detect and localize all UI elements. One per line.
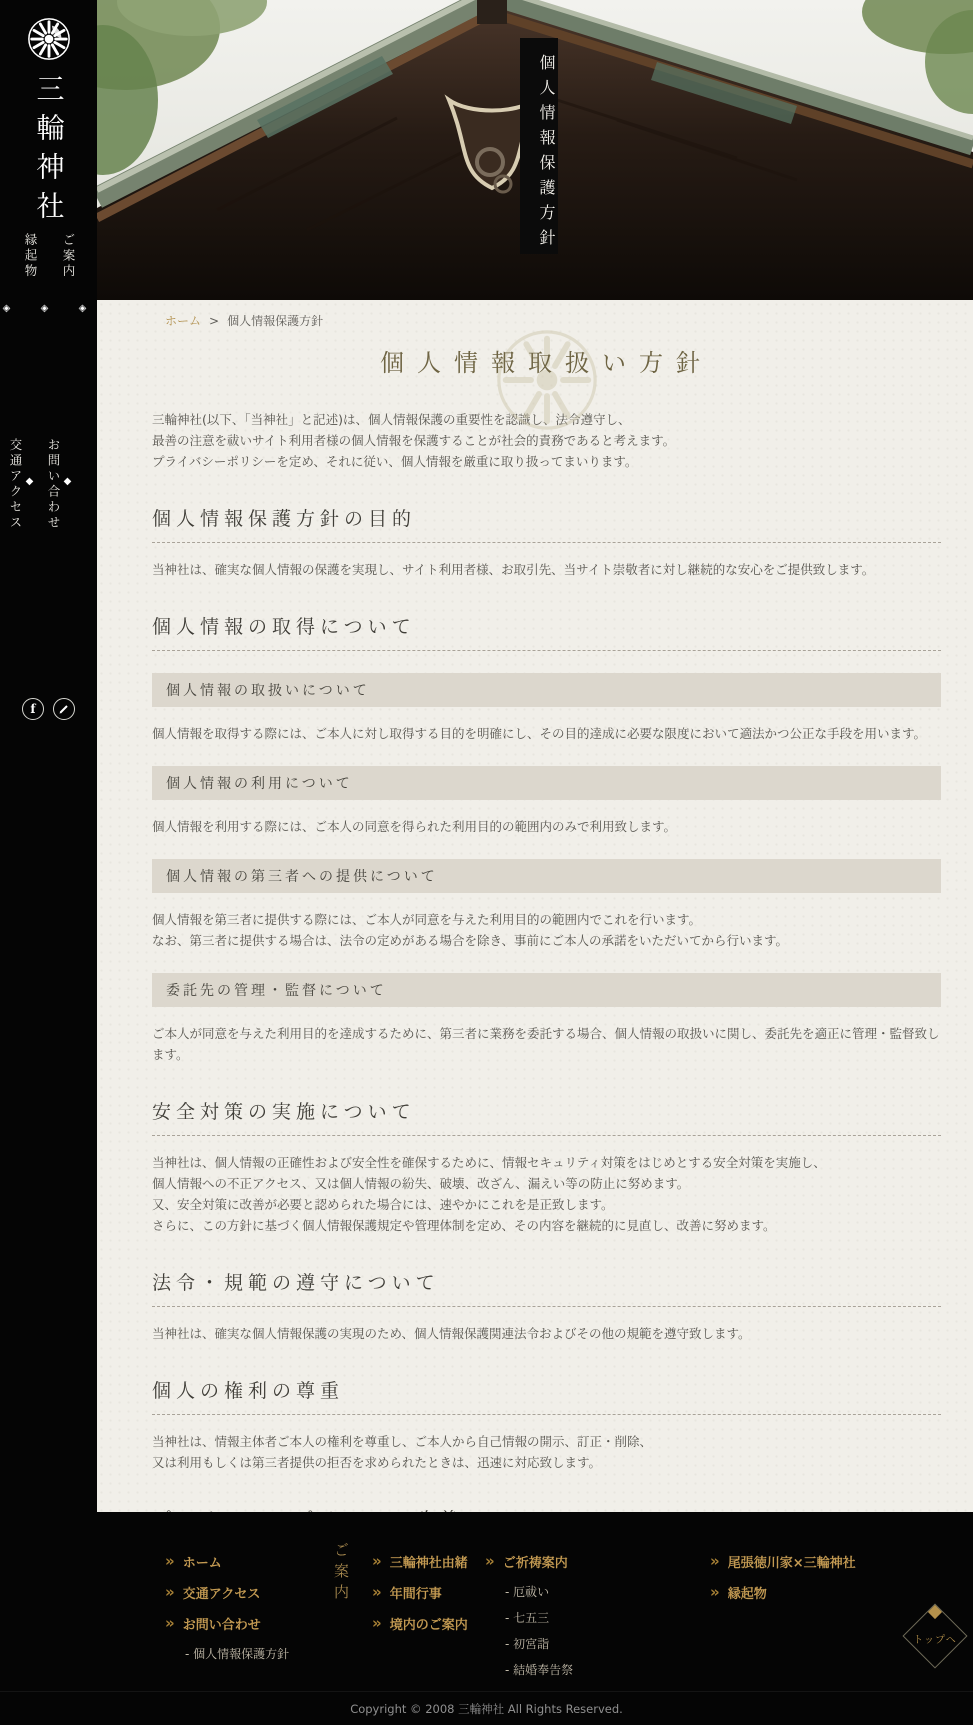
facebook-icon: f bbox=[30, 702, 35, 716]
sidebar-item-label: 縁起物 bbox=[23, 233, 38, 280]
footer-sublink-shichigosan[interactable]: - 七五三 bbox=[505, 1609, 573, 1626]
sidebar-item-engimono[interactable]: ◈縁起物 bbox=[21, 233, 50, 391]
hero-banner-title: 個人情報保護方針 bbox=[520, 38, 558, 254]
chevron-right-icon: » bbox=[372, 1585, 382, 1600]
footer-link-home[interactable]: »ホーム bbox=[165, 1552, 289, 1571]
footer-link-engimono[interactable]: »縁起物 bbox=[710, 1583, 856, 1602]
chevron-right-icon: » bbox=[372, 1616, 382, 1631]
footer-link-label: ご祈祷案内 bbox=[503, 1552, 568, 1571]
policy-paragraph: 当神社は、個人情報の正確性および安全性を確保するために、情報セキュリティ対策をは… bbox=[152, 1152, 941, 1236]
section-heading: 法令・規範の遵守について bbox=[152, 1268, 941, 1307]
sidebar: 三輪神社 ◈ご案内 ◈縁起物 ◈尾張徳川家×三輪神社 ◆お問い合わせ ◆交通アク… bbox=[0, 0, 97, 1725]
footer-link-precincts[interactable]: »境内のご案内 bbox=[372, 1614, 468, 1633]
diamond-icon: ◆ bbox=[62, 438, 73, 524]
copyright: Copyright © 2008 三輪神社 All Rights Reserve… bbox=[0, 1691, 973, 1725]
sidebar-nav-secondary: ◆お問い合わせ ◆交通アクセス bbox=[0, 438, 73, 531]
page-title-wrap: 個人情報取扱い方針 bbox=[152, 343, 941, 379]
policy-paragraph: 個人情報を取得する際には、ご本人に対し取得する目的を明確にし、その目的達成に必要… bbox=[152, 723, 941, 744]
footer-sublink-privacy[interactable]: - 個人情報保護方針 bbox=[185, 1645, 289, 1662]
footer-link-label: 年間行事 bbox=[390, 1583, 442, 1602]
footer-link-label: 縁起物 bbox=[728, 1583, 767, 1602]
footer-link-history[interactable]: »三輪神社由緒 bbox=[372, 1552, 468, 1571]
chevron-right-icon: » bbox=[372, 1554, 382, 1569]
section-purpose: 個人情報保護方針の目的 当神社は、確実な個人情報の保護を実現し、サイト利用者様、… bbox=[152, 504, 941, 580]
shrine-name[interactable]: 三輪神社 bbox=[29, 74, 69, 230]
diamond-icon: ◆ bbox=[24, 438, 35, 524]
to-top-button[interactable]: トップへ bbox=[903, 1604, 967, 1668]
footer-link-owari-tokugawa[interactable]: »尾張徳川家×三輪神社 bbox=[710, 1552, 856, 1571]
footer-col-3: »ご祈祷案内 - 厄祓い - 七五三 - 初宮詣 - 結婚奉告祭 bbox=[485, 1552, 573, 1687]
diamond-icon: ◈ bbox=[39, 233, 50, 384]
pencil-icon bbox=[58, 703, 70, 715]
sidebar-nav-primary: ◈ご案内 ◈縁起物 ◈尾張徳川家×三輪神社 bbox=[0, 233, 88, 391]
footer-link-prayer[interactable]: »ご祈祷案内 bbox=[485, 1552, 573, 1571]
footer-link-label: 交通アクセス bbox=[183, 1583, 261, 1602]
section-heading: 安全対策の実施について bbox=[152, 1097, 941, 1136]
breadcrumb-home-link[interactable]: ホーム bbox=[165, 312, 201, 329]
footer-col-1: »ホーム »交通アクセス »お問い合わせ - 個人情報保護方針 bbox=[165, 1552, 289, 1671]
footer-link-label: 三輪神社由緒 bbox=[390, 1552, 468, 1571]
section-heading: 個人の権利の尊重 bbox=[152, 1376, 941, 1415]
section-safety: 安全対策の実施について 当神社は、個人情報の正確性および安全性を確保するために、… bbox=[152, 1097, 941, 1236]
sidebar-item-guide[interactable]: ◈ご案内 bbox=[59, 233, 88, 391]
social-links: f bbox=[22, 698, 75, 720]
policy-paragraph: ご本人が同意を与えた利用目的を達成するために、第三者に業務を委託する場合、個人情… bbox=[152, 1023, 941, 1065]
subsection-heading-bar: 委託先の管理・監督について bbox=[152, 973, 941, 1007]
content-area: ホーム > 個人情報保護方針 bbox=[97, 300, 973, 1512]
footer-sublink-yakubarai[interactable]: - 厄祓い bbox=[505, 1583, 573, 1600]
shrine-crest-logo[interactable] bbox=[24, 12, 74, 66]
intro-paragraph: 三輪神社(以下、「当神社」と記述)は、個人情報保護の重要性を認識し、法令遵守し、… bbox=[152, 409, 941, 472]
sidebar-item-label: お問い合わせ bbox=[46, 438, 61, 531]
footer-link-label: 境内のご案内 bbox=[390, 1614, 468, 1633]
footer-link-access[interactable]: »交通アクセス bbox=[165, 1583, 289, 1602]
breadcrumb-separator: > bbox=[209, 314, 219, 328]
footer: »ホーム »交通アクセス »お問い合わせ - 個人情報保護方針 ご案内 »三輪神… bbox=[0, 1512, 973, 1725]
policy-paragraph: 当神社は、確実な個人情報保護の実現のため、個人情報保護関連法令およびその他の規範… bbox=[152, 1323, 941, 1344]
chrysanthemum-crest-icon bbox=[26, 15, 72, 63]
chevron-right-icon: » bbox=[710, 1585, 720, 1600]
section-acquisition: 個人情報の取得について 個人情報の取扱いについて 個人情報を取得する際には、ご本… bbox=[152, 612, 941, 1065]
sidebar-item-label: 交通アクセス bbox=[8, 438, 23, 531]
section-heading: 個人情報保護方針の目的 bbox=[152, 504, 941, 543]
diamond-icon: ◈ bbox=[1, 233, 12, 384]
subsection-heading-bar: 個人情報の取扱いについて bbox=[152, 673, 941, 707]
page: 三輪神社 ◈ご案内 ◈縁起物 ◈尾張徳川家×三輪神社 ◆お問い合わせ ◆交通アク… bbox=[0, 0, 973, 1725]
policy-paragraph: 個人情報を利用する際には、ご本人の同意を得られた利用目的の範囲内のみで利用致しま… bbox=[152, 816, 941, 837]
section-rights: 個人の権利の尊重 当神社は、情報主体者ご本人の権利を尊重し、ご本人から自己情報の… bbox=[152, 1376, 941, 1473]
chevron-right-icon: » bbox=[165, 1585, 175, 1600]
chevron-right-icon: » bbox=[710, 1554, 720, 1569]
footer-col-4: »尾張徳川家×三輪神社 »縁起物 bbox=[710, 1552, 856, 1614]
section-heading: 個人情報の取得について bbox=[152, 612, 941, 651]
footer-sublink-hatsumiyamairi[interactable]: - 初宮詣 bbox=[505, 1635, 573, 1652]
policy-paragraph: 当神社は、確実な個人情報の保護を実現し、サイト利用者様、お取引先、当サイト崇敬者… bbox=[152, 559, 941, 580]
footer-col-2: »三輪神社由緒 »年間行事 »境内のご案内 bbox=[372, 1552, 468, 1645]
page-title: 個人情報取扱い方針 bbox=[380, 343, 713, 378]
breadcrumb: ホーム > 個人情報保護方針 bbox=[152, 312, 941, 329]
footer-link-label: 尾張徳川家×三輪神社 bbox=[728, 1552, 856, 1571]
footer-guide-label: ご案内 bbox=[331, 1542, 352, 1605]
diamond-icon: ◈ bbox=[77, 233, 88, 384]
subsection-heading-bar: 個人情報の利用について bbox=[152, 766, 941, 800]
chevron-right-icon: » bbox=[485, 1554, 495, 1569]
footer-link-contact[interactable]: »お問い合わせ bbox=[165, 1614, 289, 1633]
sidebar-item-owari-tokugawa[interactable]: ◈尾張徳川家×三輪神社 bbox=[0, 233, 12, 391]
footer-link-label: ホーム bbox=[183, 1552, 222, 1571]
to-top-label: トップへ bbox=[903, 1631, 967, 1646]
footer-sublink-kekkon[interactable]: - 結婚奉告祭 bbox=[505, 1661, 573, 1678]
sidebar-item-access[interactable]: ◆交通アクセス bbox=[6, 438, 35, 531]
policy-paragraph: 個人情報を第三者に提供する際には、ご本人が同意を与えた利用目的の範囲内でこれを行… bbox=[152, 909, 941, 951]
sidebar-item-contact[interactable]: ◆お問い合わせ bbox=[44, 438, 73, 531]
facebook-link[interactable]: f bbox=[22, 698, 44, 720]
policy-paragraph: 当神社は、情報主体者ご本人の権利を尊重し、ご本人から自己情報の開示、訂正・削除、… bbox=[152, 1431, 941, 1473]
sidebar-item-label: ご案内 bbox=[61, 233, 76, 280]
chevron-right-icon: » bbox=[165, 1616, 175, 1631]
footer-link-label: お問い合わせ bbox=[183, 1614, 261, 1633]
section-heading: プライバシーポリシーの改善 bbox=[152, 1505, 941, 1512]
main-column: 個人情報保護方針 ホーム > 個人情報保護方針 bbox=[97, 0, 973, 1512]
blog-link[interactable] bbox=[53, 698, 75, 720]
breadcrumb-current: 個人情報保護方針 bbox=[227, 312, 323, 329]
chevron-right-icon: » bbox=[165, 1554, 175, 1569]
subsection-heading-bar: 個人情報の第三者への提供について bbox=[152, 859, 941, 893]
hero: 個人情報保護方針 bbox=[97, 0, 973, 300]
section-improvement: プライバシーポリシーの改善 当神社は、適宜このプライバシーポリシーの内容の見直し… bbox=[152, 1505, 941, 1512]
footer-link-annual-events[interactable]: »年間行事 bbox=[372, 1583, 468, 1602]
section-compliance: 法令・規範の遵守について 当神社は、確実な個人情報保護の実現のため、個人情報保護… bbox=[152, 1268, 941, 1344]
